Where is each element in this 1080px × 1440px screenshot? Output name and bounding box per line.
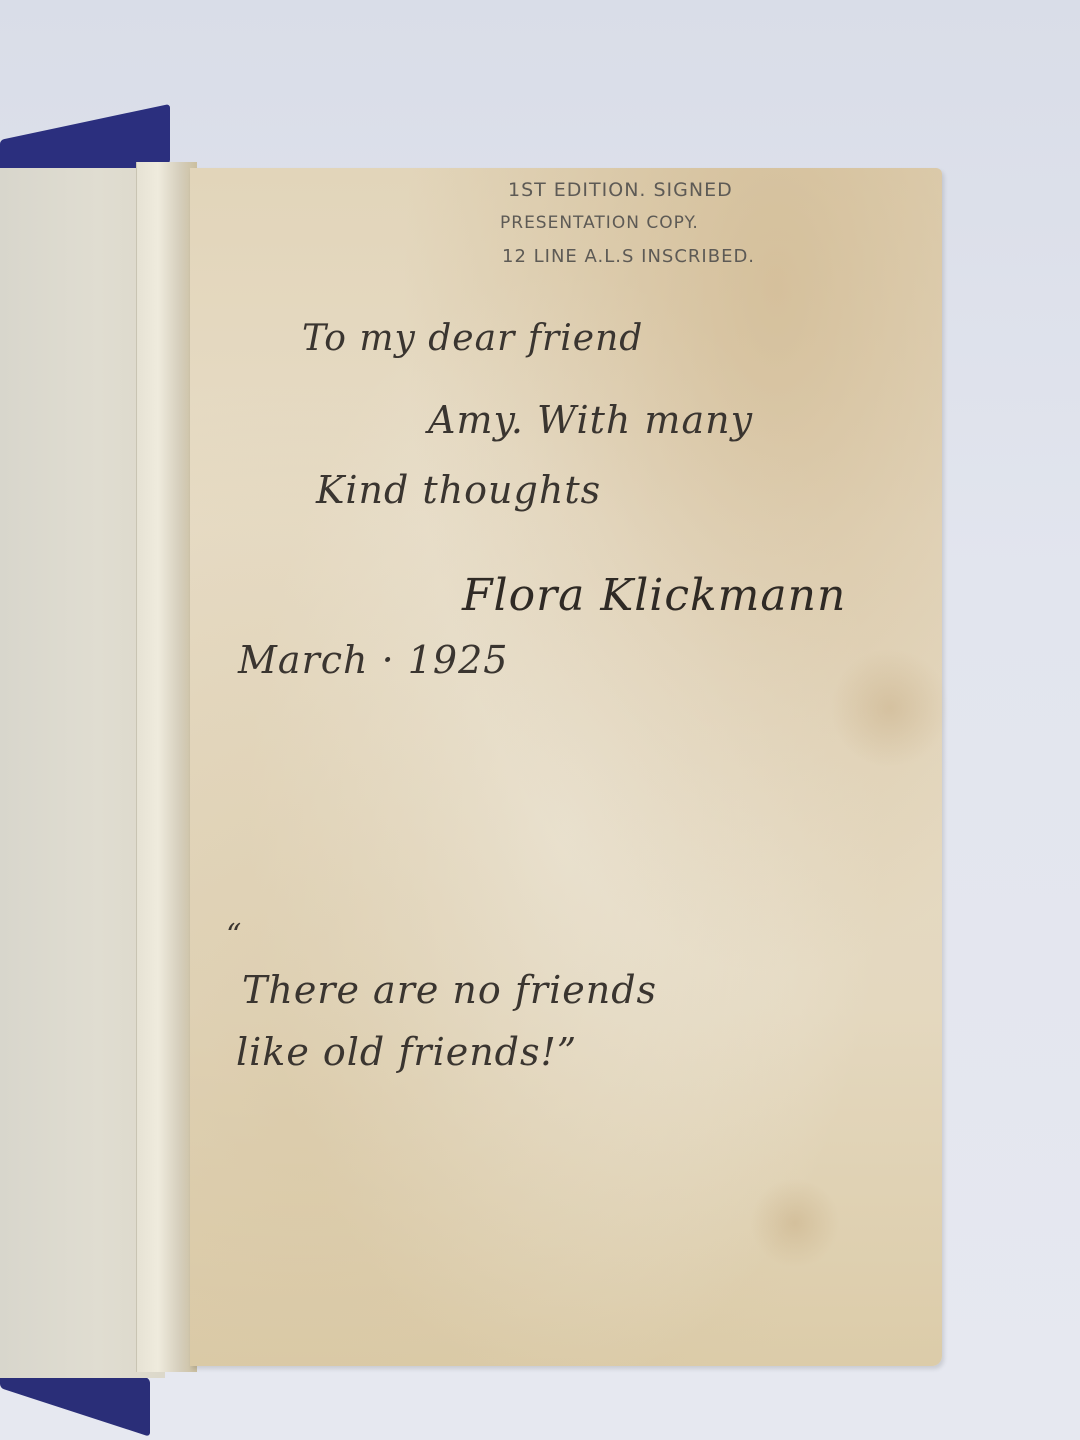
inscription-date: March · 1925 [238, 638, 508, 682]
foxing-stain [830, 648, 950, 768]
quote-line: like old friends!” [236, 1030, 577, 1074]
inscription-line: Amy. With many [428, 398, 753, 442]
pencil-note-line: Presentation Copy. [500, 207, 699, 240]
quote-opening-mark: “ [226, 918, 242, 953]
pencil-note-line: 12 Line A.L.S Inscribed. [502, 240, 755, 273]
inscription-line: To my dear friend [302, 318, 643, 359]
foxing-stain [750, 1178, 840, 1268]
book-hinge [136, 162, 197, 1372]
quote-line: There are no friends [242, 968, 657, 1012]
inscription-line: Kind thoughts [316, 468, 601, 512]
flyleaf-page: 1st Edition. Signed Presentation Copy. 1… [190, 168, 942, 1366]
pencil-note-line: 1st Edition. Signed [508, 174, 733, 207]
author-signature: Flora Klickmann [462, 570, 846, 621]
